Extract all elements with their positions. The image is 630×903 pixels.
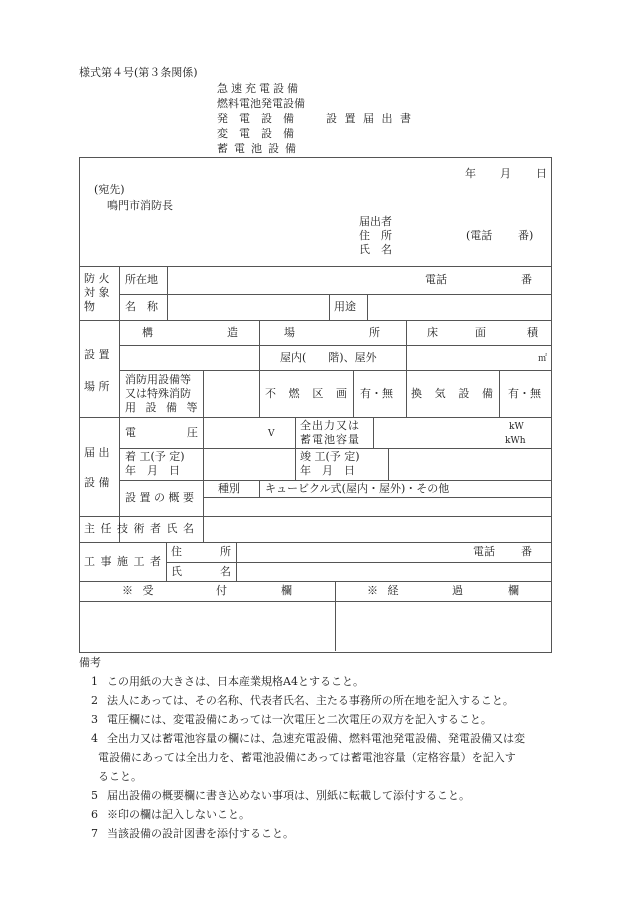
remark-item: 届出設備の概要欄に書き込めない事項は、別紙に転載して添付すること。 — [107, 787, 470, 805]
ventilation-choice[interactable]: 有・無 — [508, 387, 541, 401]
title-suffix: 設 置 届 出 書 — [326, 112, 411, 126]
fire-object-label-3: 物 — [84, 300, 95, 314]
output-unit-kw: kW — [509, 420, 524, 434]
fire-object-phone-suffix: 番 — [521, 273, 532, 287]
completion-date-field[interactable] — [389, 449, 550, 479]
fire-equipment-label-3: 用 設 備 等 — [125, 401, 201, 415]
remark-number: 6 — [91, 806, 98, 824]
floor-area-label-2: 面 — [475, 326, 486, 340]
remark-number: 3 — [91, 711, 98, 729]
reported-equipment-label-2: 設 備 — [84, 476, 110, 490]
floor-area-label-1: 床 — [427, 326, 438, 340]
contractor-phone-suffix: 番 — [521, 545, 532, 559]
date-day[interactable]: 日 — [536, 167, 547, 181]
applicant-name-label: 氏 名 — [359, 243, 392, 257]
remarks-heading: 備考 — [79, 654, 101, 672]
fire-object-phone-field[interactable] — [450, 267, 515, 293]
overview-field[interactable] — [204, 498, 550, 515]
contractor-address-field[interactable] — [237, 543, 467, 561]
title-line-3: 発 電 設 備 — [217, 112, 294, 126]
installation-site-label-2: 場 所 — [84, 380, 110, 394]
floor-area-label-3: 積 — [527, 326, 538, 340]
chief-engineer-field[interactable] — [204, 517, 550, 541]
applicant-label: 届出者 — [359, 215, 392, 229]
reception-label-3: 欄 — [281, 584, 292, 598]
structure-field[interactable] — [120, 346, 258, 369]
floor-area-field[interactable] — [407, 346, 532, 369]
fire-object-name-field[interactable] — [168, 295, 328, 320]
remark-item: 電圧欄には、変電設備にあっては一次電圧と二次電圧の双方を記入すること。 — [107, 711, 492, 729]
completion-date-label-1: 竣 工(予 定) — [300, 450, 360, 464]
title-line-2: 燃料電池発電設備 — [217, 97, 305, 111]
remark-item: ※印の欄は記入しないこと。 — [107, 806, 250, 824]
use-field[interactable] — [368, 295, 550, 320]
type-label: 種別 — [218, 482, 240, 496]
progress-label-2: 過 — [452, 584, 463, 598]
completion-date-label-2: 年 月 日 — [300, 464, 355, 478]
remark-number: 7 — [91, 825, 98, 843]
remark-number: 2 — [91, 692, 98, 710]
remark-item-continued: 電設備にあっては全出力を、蓄電池設備にあっては蓄電池容量（定格容量）を記入す — [98, 749, 516, 767]
addressee-label: (宛先) — [94, 183, 125, 197]
progress-label-1: ※ 経 — [367, 584, 399, 598]
addressee: 鳴門市消防長 — [107, 199, 173, 213]
output-field[interactable] — [374, 418, 504, 447]
start-date-label-1: 着 工(予 定) — [125, 450, 185, 464]
remark-number: 5 — [91, 787, 98, 805]
fire-equipment-field[interactable] — [204, 371, 258, 416]
noncombustible-choice[interactable]: 有・無 — [360, 387, 393, 401]
use-label: 用途 — [334, 300, 356, 314]
date-year[interactable]: 年 — [465, 167, 476, 181]
applicant-name-field[interactable] — [390, 241, 540, 257]
indoor-outdoor-choice[interactable]: 屋内( 階)、屋外 — [280, 351, 377, 365]
name-label: 名 称 — [125, 300, 158, 314]
remark-number: 1 — [91, 673, 98, 691]
title-line-1: 急速充電設備 — [217, 82, 301, 96]
fire-equipment-label-1: 消防用設備等 — [125, 373, 191, 387]
location-field[interactable] — [168, 267, 418, 293]
progress-label-3: 欄 — [508, 584, 519, 598]
remark-item: 当該設備の設計図書を添付すること。 — [107, 825, 294, 843]
voltage-label: 電 圧 — [125, 426, 198, 440]
remark-item-continued: ること。 — [98, 768, 142, 786]
structure-label-1: 構 — [142, 326, 153, 340]
output-unit-kwh: kWh — [505, 434, 526, 448]
remark-number: 4 — [91, 730, 98, 748]
fire-equipment-label-2: 又は特殊消防 — [125, 387, 191, 401]
output-label-2: 蓄電池容量 — [300, 433, 360, 447]
reception-label-1: ※ 受 — [122, 584, 154, 598]
contractor-name-field[interactable] — [237, 563, 550, 580]
progress-field — [336, 602, 550, 650]
place-label-1: 場 — [284, 326, 295, 340]
title-line-5: 蓄電池設備 — [217, 142, 302, 156]
remark-item: 全出力又は蓄電池容量の欄には、急速充電設備、燃料電池発電設備、発電設備又は変 — [107, 730, 525, 748]
fire-object-label-2: 対 象 — [84, 286, 110, 300]
reception-label-2: 付 — [216, 584, 227, 598]
contractor-name-label: 氏 名 — [171, 565, 231, 579]
start-date-label-2: 年 月 日 — [125, 464, 180, 478]
voltage-unit: V — [268, 427, 275, 441]
noncombustible-label: 不 燃 区 画 — [265, 387, 347, 401]
voltage-field[interactable] — [204, 418, 264, 447]
ventilation-label: 換 気 設 備 — [411, 387, 493, 401]
chief-engineer-label: 主 任 技 術 者 氏 名 — [84, 522, 195, 536]
installation-site-label-1: 設 置 — [84, 348, 110, 362]
type-choice[interactable]: キュービクル式(屋内・屋外)・その他 — [265, 482, 449, 496]
form-number: 様式第４号(第３条関係) — [79, 66, 198, 80]
fire-object-label-1: 防 火 — [84, 272, 110, 286]
start-date-field[interactable] — [204, 449, 294, 479]
fire-object-phone-label: 電話 — [425, 273, 447, 287]
contractor-label: 工 事 施 工 者 — [84, 555, 162, 569]
contractor-phone-label: 電話 — [473, 545, 495, 559]
output-label-1: 全出力又は — [300, 419, 360, 433]
structure-label-2: 造 — [227, 326, 238, 340]
title-line-4: 変 電 設 備 — [217, 127, 294, 141]
remark-item: 法人にあっては、その名称、代表者氏名、主たる事務所の所在地を記入すること。 — [107, 692, 514, 710]
contractor-address-label: 住 所 — [171, 545, 231, 559]
date-month[interactable]: 月 — [500, 167, 511, 181]
applicant-address-label: 住 所 — [359, 229, 392, 243]
remark-item: この用紙の大きさは、日本産業規格A4とすること。 — [107, 673, 364, 691]
location-label: 所在地 — [125, 273, 158, 287]
reported-equipment-label-1: 届 出 — [84, 446, 110, 460]
area-unit: ㎡ — [538, 352, 547, 366]
reception-field — [80, 602, 334, 650]
place-label-2: 所 — [369, 326, 380, 340]
overview-label: 設 置 の 概 要 — [125, 491, 194, 505]
